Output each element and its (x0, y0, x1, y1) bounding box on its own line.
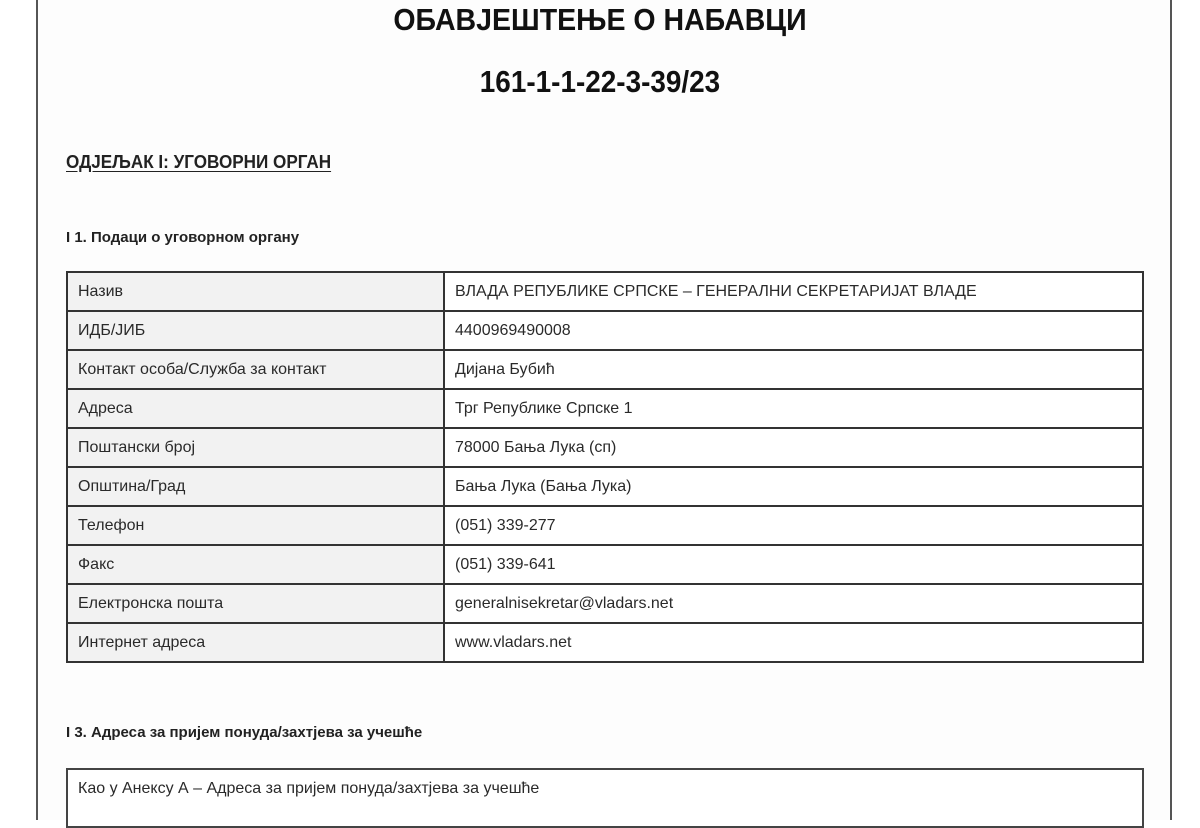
row-label-name: Назив (67, 272, 444, 311)
row-label-contact: Контакт особа/Служба за контакт (67, 350, 444, 389)
row-label-phone: Телефон (67, 506, 444, 545)
row-value-contact: Дијана Бубић (444, 350, 1143, 389)
row-value-address: Трг Републике Српске 1 (444, 389, 1143, 428)
subsection-heading-submission-address: I 3. Адреса за пријем понуда/захтјева за… (66, 724, 422, 741)
table-row: Интернет адреса www.vladars.net (67, 623, 1143, 662)
row-label-postal-code: Поштански број (67, 428, 444, 467)
row-label-website: Интернет адреса (67, 623, 444, 662)
row-value-fax: (051) 339-641 (444, 545, 1143, 584)
table-row: Назив ВЛАДА РЕПУБЛИКЕ СРПСКЕ – ГЕНЕРАЛНИ… (67, 272, 1143, 311)
subsection-heading-authority-data: I 1. Подаци о уговорном органу (66, 229, 299, 246)
contracting-authority-table: Назив ВЛАДА РЕПУБЛИКЕ СРПСКЕ – ГЕНЕРАЛНИ… (66, 271, 1144, 663)
row-value-name: ВЛАДА РЕПУБЛИКЕ СРПСКЕ – ГЕНЕРАЛНИ СЕКРЕ… (444, 272, 1143, 311)
document-number: 161-1-1-22-3-39/23 (60, 64, 1140, 100)
document-title: ОБАВЈЕШТЕЊЕ О НАБАВЦИ (48, 2, 1152, 38)
submission-address-box: Као у Анексу А – Адреса за пријем понуда… (66, 768, 1144, 800)
row-label-address: Адреса (67, 389, 444, 428)
row-value-website: www.vladars.net (444, 623, 1143, 662)
table-row: Општина/Град Бања Лука (Бања Лука) (67, 467, 1143, 506)
table-row: ИДБ/ЈИБ 4400969490008 (67, 311, 1143, 350)
row-label-fax: Факс (67, 545, 444, 584)
row-label-id: ИДБ/ЈИБ (67, 311, 444, 350)
row-value-municipality: Бања Лука (Бања Лука) (444, 467, 1143, 506)
table-row: Електронска пошта generalnisekretar@vlad… (67, 584, 1143, 623)
table-row: Факс (051) 339-641 (67, 545, 1143, 584)
row-label-email: Електронска пошта (67, 584, 444, 623)
row-value-id: 4400969490008 (444, 311, 1143, 350)
table-row: Поштански број 78000 Бања Лука (сп) (67, 428, 1143, 467)
section-heading: ОДЈЕЉАК I: УГОВОРНИ ОРГАН (66, 152, 331, 173)
table-row: Адреса Трг Републике Српске 1 (67, 389, 1143, 428)
row-value-postal-code: 78000 Бања Лука (сп) (444, 428, 1143, 467)
row-value-email: generalnisekretar@vladars.net (444, 584, 1143, 623)
row-label-municipality: Општина/Град (67, 467, 444, 506)
annex-reference-text: Као у Анексу А – Адреса за пријем понуда… (78, 780, 539, 797)
row-value-phone: (051) 339-277 (444, 506, 1143, 545)
table-row: Телефон (051) 339-277 (67, 506, 1143, 545)
table-row: Контакт особа/Служба за контакт Дијана Б… (67, 350, 1143, 389)
